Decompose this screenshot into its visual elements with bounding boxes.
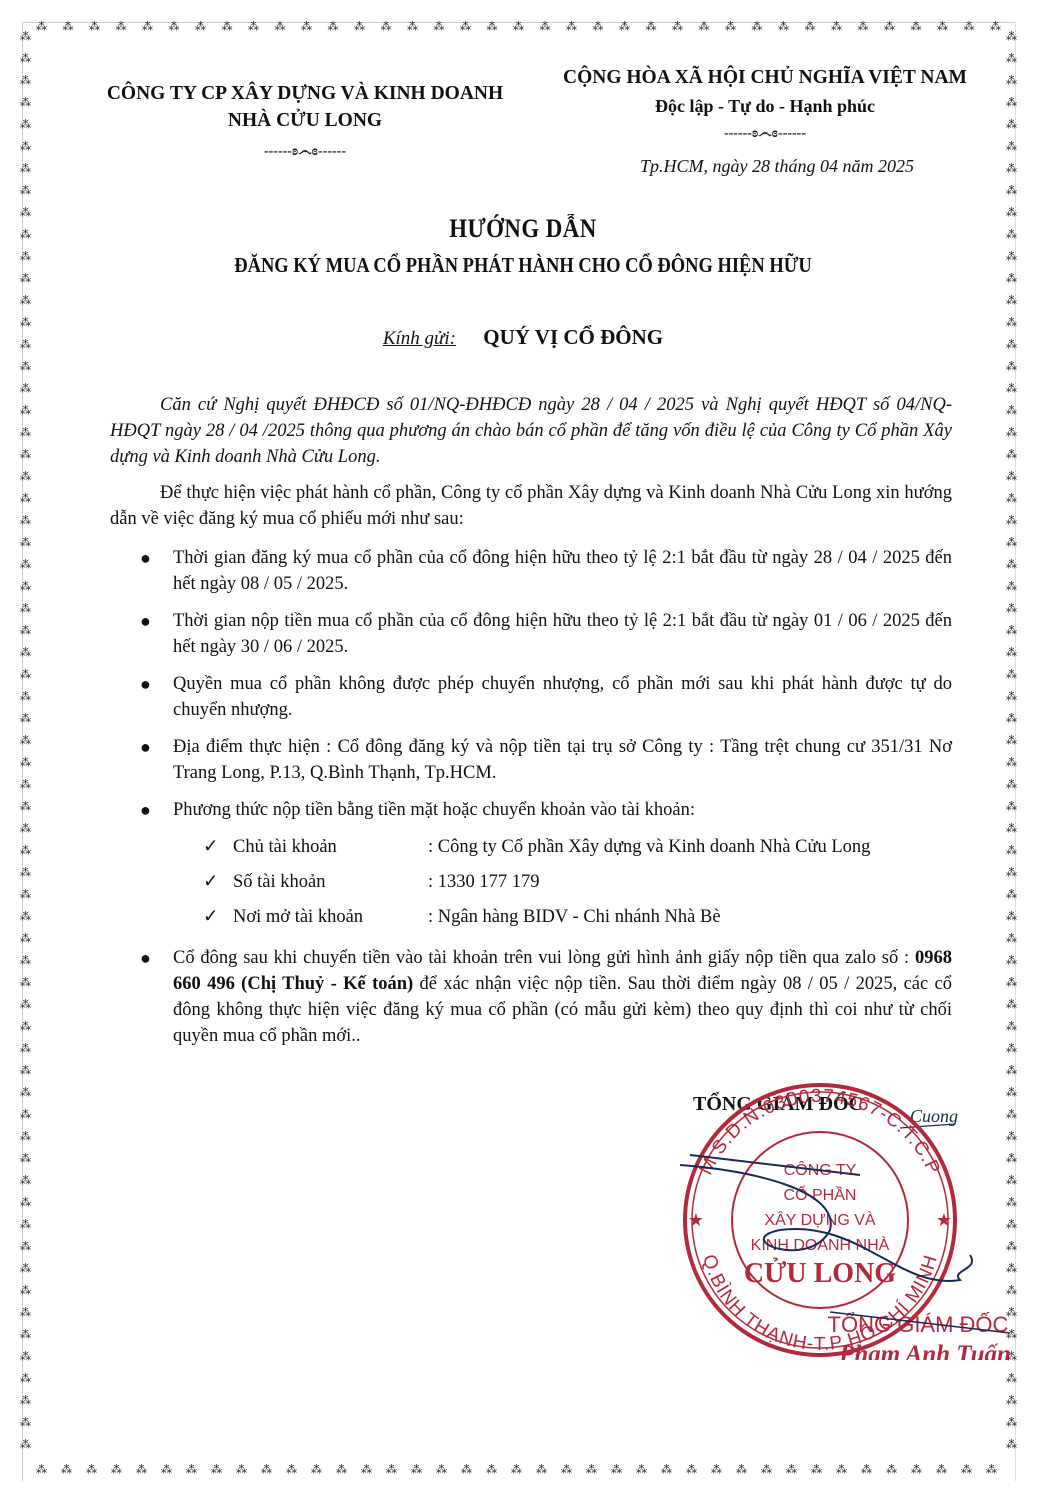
ornament-icon: ⁂	[20, 186, 31, 197]
ornament-icon: ⁂	[646, 22, 657, 33]
ornament-icon: ⁂	[20, 978, 31, 989]
account-key: Số tài khoản	[233, 869, 428, 895]
ornament-icon: ⁂	[36, 1465, 47, 1476]
account-row: ✓Chủ tài khoản: Công ty Cổ phần Xây dựng…	[173, 829, 952, 864]
ornament-icon: ⁂	[611, 1465, 622, 1476]
ornament-icon: ⁂	[354, 22, 365, 33]
ornament-icon: ⁂	[20, 538, 31, 549]
ornament-icon: ⁂	[1006, 692, 1017, 703]
company-header: CÔNG TY CP XÂY DỰNG VÀ KINH DOANH NHÀ CỬ…	[70, 80, 540, 165]
ornament-icon: ⁂	[20, 494, 31, 505]
ornament-icon: ⁂	[236, 1465, 247, 1476]
ornament-icon: ⁂	[1006, 406, 1017, 417]
ornament-icon: ⁂	[20, 956, 31, 967]
ornament-icon: ⁂	[1006, 824, 1017, 835]
ornament-icon: ⁂	[861, 1465, 872, 1476]
ornament-icon: ⁂	[1006, 1066, 1017, 1077]
ornament-icon: ⁂	[661, 1465, 672, 1476]
ornament-icon: ⁂	[261, 1465, 272, 1476]
ornament-icon: ⁂	[20, 120, 31, 131]
ornament-icon: ⁂	[20, 428, 31, 439]
ornament-icon: ⁂	[20, 98, 31, 109]
ornament-icon: ⁂	[911, 1465, 922, 1476]
bullet-icon: ●	[140, 945, 151, 971]
ornament-icon: ⁂	[116, 22, 127, 33]
checkmark-icon: ✓	[203, 869, 233, 895]
ornament-icon: ⁂	[20, 516, 31, 527]
ornament-icon: ⁂	[20, 32, 31, 43]
ornament-icon: ⁂	[20, 670, 31, 681]
ornament-icon: ⁂	[513, 22, 524, 33]
ornament-icon: ⁂	[20, 164, 31, 175]
ornament-icon: ⁂	[20, 1022, 31, 1033]
instruction-list: ●Thời gian đăng ký mua cổ phần của cổ đô…	[140, 545, 952, 1060]
ornament-icon: ⁂	[536, 1465, 547, 1476]
ornament-icon: ⁂	[1006, 582, 1017, 593]
ornament-icon: ⁂	[89, 22, 100, 33]
ornament-icon: ⁂	[20, 1066, 31, 1077]
ornament-icon: ⁂	[86, 1465, 97, 1476]
ornament-icon: ⁂	[1006, 230, 1017, 241]
ornament-icon: ⁂	[63, 22, 74, 33]
account-value: : Ngân hàng BIDV - Chi nhánh Nhà Bè	[428, 904, 721, 930]
ornament-icon: ⁂	[461, 1465, 472, 1476]
ornament-icon: ⁂	[1006, 1396, 1017, 1407]
account-key: Chủ tài khoản	[233, 834, 428, 860]
ornament-icon: ⁂	[805, 22, 816, 33]
ornament-icon: ⁂	[20, 252, 31, 263]
ornament-icon: ⁂	[786, 1465, 797, 1476]
ornament-icon: ⁂	[1006, 560, 1017, 571]
ornament-icon: ⁂	[20, 1110, 31, 1121]
ornament-icon: ⁂	[1006, 516, 1017, 527]
ornament-icon: ⁂	[586, 1465, 597, 1476]
ornament-icon: ⁂	[1006, 208, 1017, 219]
ornament-icon: ⁂	[1006, 1022, 1017, 1033]
ornament-icon: ⁂	[20, 1264, 31, 1275]
recipient-label: Kính gửi:	[383, 328, 456, 349]
company-name-line1: CÔNG TY CP XÂY DỰNG VÀ KINH DOANH	[70, 80, 540, 107]
ornament-icon: ⁂	[275, 22, 286, 33]
ornament-icon: ⁂	[1006, 736, 1017, 747]
ornament-icon: ⁂	[20, 1000, 31, 1011]
ornament-icon: ⁂	[1006, 472, 1017, 483]
ornament-icon: ⁂	[711, 1465, 722, 1476]
ornament-icon: ⁂	[540, 22, 551, 33]
ornament-icon: ⁂	[186, 1465, 197, 1476]
ornament-icon: ⁂	[20, 758, 31, 769]
ornament-icon: ⁂	[736, 1465, 747, 1476]
ornament-icon: ⁂	[211, 1465, 222, 1476]
ornament-icon: ⁂	[20, 714, 31, 725]
ornament-icon: ⁂	[831, 22, 842, 33]
ornament-icon: ⁂	[1006, 868, 1017, 879]
ornament-icon: ⁂	[990, 22, 1001, 33]
ornament-icon: ⁂	[20, 802, 31, 813]
ornament-icon: ⁂	[487, 22, 498, 33]
ornament-icon: ⁂	[1006, 978, 1017, 989]
ornament-icon: ⁂	[61, 1465, 72, 1476]
svg-text:CỬU LONG: CỬU LONG	[744, 1258, 896, 1289]
document-subtitle: ĐĂNG KÝ MUA CỔ PHẦN PHÁT HÀNH CHO CỔ ĐÔN…	[63, 253, 983, 278]
ornament-icon: ⁂	[1006, 626, 1017, 637]
ornament-icon: ⁂	[1006, 780, 1017, 791]
ornament-icon: ⁂	[20, 1352, 31, 1363]
ornament-icon: ⁂	[20, 868, 31, 879]
ornament-icon: ⁂	[1006, 1374, 1017, 1385]
intro-paragraph: Để thực hiện việc phát hành cổ phần, Côn…	[110, 480, 952, 532]
ornament-icon: ⁂	[407, 22, 418, 33]
ornament-icon: ⁂	[836, 1465, 847, 1476]
account-row: ✓Số tài khoản: 1330 177 179	[173, 864, 952, 899]
ornament-icon: ⁂	[1006, 384, 1017, 395]
ornament-icon: ⁂	[20, 1176, 31, 1187]
ornament-icon: ⁂	[593, 22, 604, 33]
ornament-icon: ⁂	[1006, 450, 1017, 461]
ornament-icon: ⁂	[1006, 802, 1017, 813]
account-value: : 1330 177 179	[428, 869, 540, 895]
ornament-icon: ⁂	[460, 22, 471, 33]
account-value: : Công ty Cổ phần Xây dựng và Kinh doanh…	[428, 834, 870, 860]
national-header: CỘNG HÒA XÃ HỘI CHỦ NGHĨA VIỆT NAM Độc l…	[520, 64, 1010, 148]
ornament-icon: ⁂	[911, 22, 922, 33]
ornament-icon: ⁂	[486, 1465, 497, 1476]
ornament-icon: ⁂	[36, 22, 47, 33]
ornament-icon: ⁂	[1006, 274, 1017, 285]
list-item: ●Thời gian đăng ký mua cổ phần của cổ đô…	[140, 545, 952, 597]
ornament-icon: ⁂	[686, 1465, 697, 1476]
ornament-icon: ⁂	[1006, 846, 1017, 857]
ornament-icon: ⁂	[20, 76, 31, 87]
list-item: ●Địa điểm thực hiện : Cổ đông đăng ký và…	[140, 734, 952, 786]
ornament-icon: ⁂	[699, 22, 710, 33]
ornament-icon: ⁂	[761, 1465, 772, 1476]
ornament-icon: ⁂	[361, 1465, 372, 1476]
ornament-icon: ⁂	[20, 824, 31, 835]
ornament-icon: ⁂	[1006, 1440, 1017, 1451]
ornament-icon: ⁂	[1006, 604, 1017, 615]
ornament-icon: ⁂	[1006, 32, 1017, 43]
star-icon: ★	[688, 1210, 704, 1230]
ornament-icon: ⁂	[142, 22, 153, 33]
ornament-icon: ⁂	[20, 142, 31, 153]
company-name-line2: NHÀ CỬU LONG	[70, 107, 540, 134]
ornament-icon: ⁂	[20, 582, 31, 593]
ornament-icon: ⁂	[619, 22, 630, 33]
nation-name: CỘNG HÒA XÃ HỘI CHỦ NGHĨA VIỆT NAM	[520, 64, 1010, 92]
initial-signature: Cuong	[910, 1106, 958, 1126]
ornament-icon: ⁂	[752, 22, 763, 33]
ornament-icon: ⁂	[1006, 758, 1017, 769]
checkmark-icon: ✓	[203, 904, 233, 930]
ornament-icon: ⁂	[1006, 538, 1017, 549]
ornament-icon: ⁂	[20, 1308, 31, 1319]
ornament-icon: ⁂	[20, 384, 31, 395]
ornament-icon: ⁂	[222, 22, 233, 33]
ornament-icon: ⁂	[1006, 428, 1017, 439]
ornament-icon: ⁂	[411, 1465, 422, 1476]
ornament-icon: ⁂	[20, 230, 31, 241]
ornament-icon: ⁂	[961, 1465, 972, 1476]
ornament-icon: ⁂	[1006, 494, 1017, 505]
ornament-icon: ⁂	[20, 604, 31, 615]
ornament-icon: ⁂	[301, 22, 312, 33]
ornament-icon: ⁂	[20, 648, 31, 659]
ornament-icon: ⁂	[672, 22, 683, 33]
ornament-icon: ⁂	[328, 22, 339, 33]
ornament-icon: ⁂	[20, 846, 31, 857]
ornament-icon: ⁂	[20, 1330, 31, 1341]
ornament-icon: ⁂	[20, 450, 31, 461]
ornament-icon: ⁂	[20, 780, 31, 791]
ornament-icon: ⁂	[1006, 296, 1017, 307]
ornament-icon: ⁂	[1006, 670, 1017, 681]
ornament-icon: ⁂	[311, 1465, 322, 1476]
bullet-icon: ●	[140, 734, 151, 760]
ornament-icon: ⁂	[566, 22, 577, 33]
ornament-icon: ⁂	[884, 22, 895, 33]
ornament-icon: ⁂	[20, 296, 31, 307]
checkmark-icon: ✓	[203, 834, 233, 860]
list-item: ●Quyền mua cổ phần không được phép chuyể…	[140, 671, 952, 723]
ornament-icon: ⁂	[20, 626, 31, 637]
ornament-icon: ⁂	[20, 1044, 31, 1055]
ornament-icon: ⁂	[161, 1465, 172, 1476]
document-title: HƯỚNG DẪN	[63, 214, 983, 244]
ornament-icon: ⁂	[561, 1465, 572, 1476]
account-row: ✓Nơi mở tài khoản: Ngân hàng BIDV - Chi …	[173, 899, 952, 934]
ornament-icon: ⁂	[20, 1088, 31, 1099]
ornament-icon: ⁂	[986, 1465, 997, 1476]
ornament-icon: ⁂	[858, 22, 869, 33]
company-stamp: Cuong M.S.D.N:0300374567-C.T.C.P Q.BÌNH …	[660, 1080, 1020, 1360]
ornament-icon: ⁂	[1006, 1000, 1017, 1011]
account-key: Nơi mở tài khoản	[233, 904, 428, 930]
ornament-icon: ⁂	[1006, 1044, 1017, 1055]
ornament-icon: ⁂	[436, 1465, 447, 1476]
ornament-icon: ⁂	[20, 736, 31, 747]
ornament-icon: ⁂	[20, 1242, 31, 1253]
ornament-icon: ⁂	[20, 54, 31, 65]
ornament-icon: ⁂	[20, 1154, 31, 1165]
ornament-icon: ⁂	[381, 22, 392, 33]
ornament-icon: ⁂	[1006, 1418, 1017, 1429]
ornament-icon: ⁂	[936, 1465, 947, 1476]
ornament-icon: ⁂	[20, 912, 31, 923]
ornament-icon: ⁂	[20, 406, 31, 417]
bullet-icon: ●	[140, 608, 151, 634]
ornament-icon: ⁂	[20, 1220, 31, 1231]
ornament-icon: ⁂	[20, 274, 31, 285]
ornament-icon: ⁂	[1006, 934, 1017, 945]
ornament-icon: ⁂	[1006, 362, 1017, 373]
ornament-icon: ⁂	[20, 208, 31, 219]
ornament-icon: ⁂	[169, 22, 180, 33]
account-details: ✓Chủ tài khoản: Công ty Cổ phần Xây dựng…	[173, 829, 952, 934]
svg-text:Phạm Anh Tuấn: Phạm Anh Tuấn	[838, 1341, 1011, 1360]
svg-text:XÂY DỰNG VÀ: XÂY DỰNG VÀ	[764, 1210, 876, 1229]
recipient-value: QUÝ VỊ CỔ ĐÔNG	[483, 325, 663, 349]
ornament-icon: ⁂	[811, 1465, 822, 1476]
ornament-icon: ⁂	[111, 1465, 122, 1476]
ornament-icon: ⁂	[20, 1374, 31, 1385]
bullet-icon: ●	[140, 671, 151, 697]
ornament-icon: ⁂	[20, 1132, 31, 1143]
recipient-line: Kính gửi: QUÝ VỊ CỔ ĐÔNG	[0, 325, 1046, 350]
date-line: Tp.HCM, ngày 28 tháng 04 năm 2025	[640, 156, 914, 177]
ornament-icon: ⁂	[20, 934, 31, 945]
ornament-icon: ⁂	[195, 22, 206, 33]
header-separator-right: ------ʚ෴ɞ------	[520, 120, 1010, 148]
ornament-icon: ⁂	[434, 22, 445, 33]
ornament-icon: ⁂	[1006, 186, 1017, 197]
basis-paragraph: Căn cứ Nghị quyết ĐHĐCĐ số 01/NQ-ĐHĐCĐ n…	[110, 392, 952, 470]
national-motto: Độc lập - Tự do - Hạnh phúc	[520, 92, 1010, 120]
list-item: ●Thời gian nộp tiền mua cổ phần của cổ đ…	[140, 608, 952, 660]
ornament-icon: ⁂	[386, 1465, 397, 1476]
ornament-icon: ⁂	[20, 1396, 31, 1407]
ornament-icon: ⁂	[1006, 164, 1017, 175]
ornament-icon: ⁂	[1006, 714, 1017, 725]
ornament-icon: ⁂	[937, 22, 948, 33]
ornament-icon: ⁂	[136, 1465, 147, 1476]
ornament-icon: ⁂	[336, 1465, 347, 1476]
ornament-icon: ⁂	[20, 472, 31, 483]
list-item: ●Cổ đông sau khi chuyển tiền vào tài kho…	[140, 945, 952, 1049]
ornament-icon: ⁂	[20, 890, 31, 901]
ornament-icon: ⁂	[1006, 912, 1017, 923]
ornament-icon: ⁂	[20, 1440, 31, 1451]
star-icon: ★	[936, 1210, 952, 1230]
ornament-icon: ⁂	[964, 22, 975, 33]
ornament-icon: ⁂	[1006, 252, 1017, 263]
ornament-icon: ⁂	[20, 1418, 31, 1429]
ornament-icon: ⁂	[1006, 648, 1017, 659]
ornament-icon: ⁂	[286, 1465, 297, 1476]
ornament-icon: ⁂	[20, 1286, 31, 1297]
ornament-icon: ⁂	[886, 1465, 897, 1476]
list-item: ●Phương thức nộp tiền bằng tiền mặt hoặc…	[140, 797, 952, 934]
ornament-icon: ⁂	[725, 22, 736, 33]
bullet-icon: ●	[140, 797, 151, 823]
ornament-icon: ⁂	[636, 1465, 647, 1476]
ornament-icon: ⁂	[248, 22, 259, 33]
ornament-icon: ⁂	[20, 1198, 31, 1209]
ornament-icon: ⁂	[1006, 956, 1017, 967]
ornament-icon: ⁂	[778, 22, 789, 33]
bullet-icon: ●	[140, 545, 151, 571]
ornament-icon: ⁂	[511, 1465, 522, 1476]
header-separator-left: ------ʚ෴ɞ------	[70, 138, 540, 165]
ornament-icon: ⁂	[1006, 890, 1017, 901]
ornament-icon: ⁂	[20, 692, 31, 703]
ornament-icon: ⁂	[20, 560, 31, 571]
ornament-icon: ⁂	[20, 362, 31, 373]
